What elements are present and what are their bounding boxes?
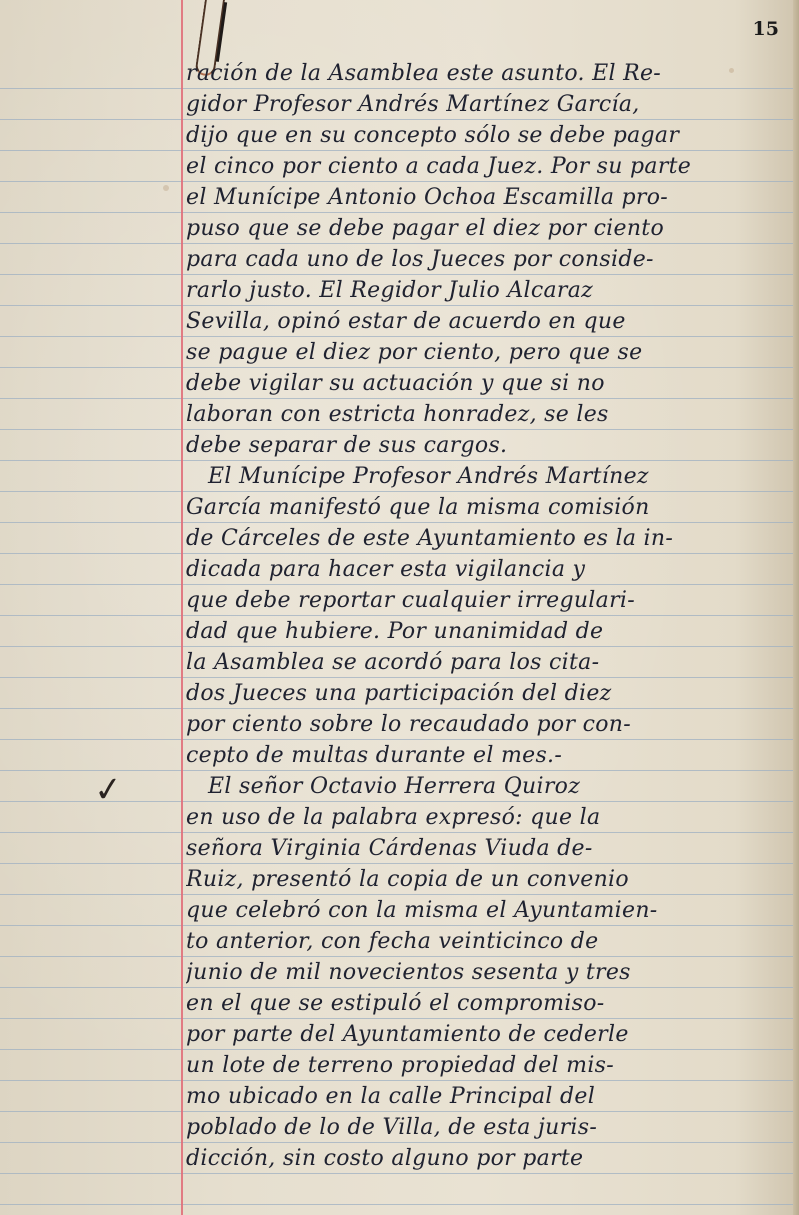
text-line: de Cárceles de este Ayuntamiento es la i… xyxy=(186,523,781,554)
ledger-page: 15 ✓ ración de la Asamblea este asunto. … xyxy=(0,0,799,1215)
text-line: laboran con estricta honradez, se les xyxy=(186,399,781,430)
text-line: Ruiz, presentó la copia de un convenio xyxy=(186,864,781,895)
text-line: to anterior, con fecha veinticinco de xyxy=(186,926,781,957)
text-line: cepto de multas durante el mes.- xyxy=(186,740,781,771)
text-line: para cada uno de los Jueces por conside- xyxy=(186,244,781,275)
text-line: García manifestó que la misma comisión xyxy=(186,492,781,523)
text-line: dijo que en su concepto sólo se debe pag… xyxy=(186,120,781,151)
text-line: dad que hubiere. Por unanimidad de xyxy=(186,616,781,647)
text-line: en uso de la palabra expresó: que la xyxy=(186,802,781,833)
text-line: Sevilla, opinó estar de acuerdo en que xyxy=(186,306,781,337)
text-line: dos Jueces una participación del diez xyxy=(186,678,781,709)
text-line: dicción, sin costo alguno por parte xyxy=(186,1143,781,1174)
red-margin-line xyxy=(181,0,183,1215)
text-line: debe vigilar su actuación y que si no xyxy=(186,368,781,399)
text-line: en el que se estipuló el compromiso- xyxy=(186,988,781,1019)
text-line: puso que se debe pagar el diez por cient… xyxy=(186,213,781,244)
text-line: el Munícipe Antonio Ochoa Escamilla pro- xyxy=(186,182,781,213)
checkmark-icon: ✓ xyxy=(92,769,125,812)
text-line: El Munícipe Profesor Andrés Martínez xyxy=(186,461,781,492)
text-line: mo ubicado en la calle Principal del xyxy=(186,1081,781,1112)
page-number: 15 xyxy=(753,18,779,40)
text-line: que celebró con la misma el Ayuntamien- xyxy=(186,895,781,926)
text-line: rarlo justo. El Regidor Julio Alcaraz xyxy=(186,275,781,306)
text-line: la Asamblea se acordó para los cita- xyxy=(186,647,781,678)
paper-stain xyxy=(163,185,169,191)
text-line: un lote de terreno propiedad del mis- xyxy=(186,1050,781,1081)
handwritten-text: ración de la Asamblea este asunto. El Re… xyxy=(186,58,781,1174)
text-line: que debe reportar cualquier irregulari- xyxy=(186,585,781,616)
text-line: por ciento sobre lo recaudado por con- xyxy=(186,709,781,740)
text-line: El señor Octavio Herrera Quiroz xyxy=(186,771,781,802)
rule-line xyxy=(0,1204,793,1205)
text-line: dicada para hacer esta vigilancia y xyxy=(186,554,781,585)
text-line: gidor Profesor Andrés Martínez García, xyxy=(186,89,781,120)
page-edge xyxy=(793,0,799,1215)
text-line: por parte del Ayuntamiento de cederle xyxy=(186,1019,781,1050)
text-line: debe separar de sus cargos. xyxy=(186,430,781,461)
text-line: se pague el diez por ciento, pero que se xyxy=(186,337,781,368)
text-line: el cinco por ciento a cada Juez. Por su … xyxy=(186,151,781,182)
text-line: señora Virginia Cárdenas Viuda de- xyxy=(186,833,781,864)
text-line: poblado de lo de Villa, de esta juris- xyxy=(186,1112,781,1143)
text-line: junio de mil novecientos sesenta y tres xyxy=(186,957,781,988)
text-line: ración de la Asamblea este asunto. El Re… xyxy=(186,58,781,89)
